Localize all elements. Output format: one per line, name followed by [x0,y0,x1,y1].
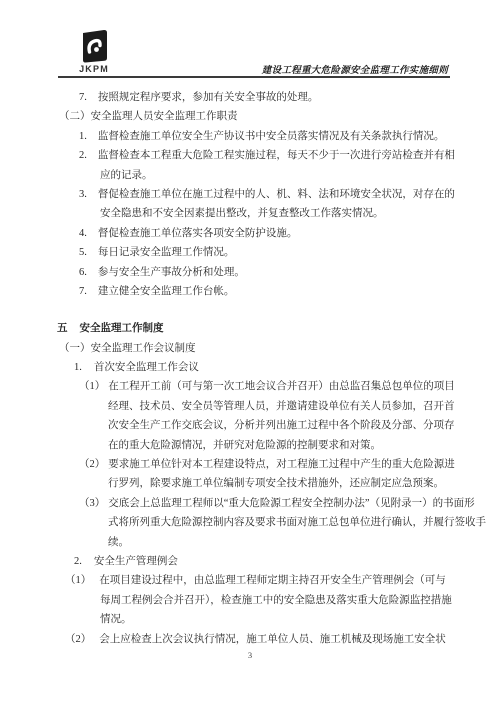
document-line: （3）交底会上总监理工程师以“重大危险源工程安全控制办法”（见附录一）的书面形 [0,494,500,513]
document-line: 续。 [0,533,500,552]
line-text: 安全监理工作制度 [80,323,164,334]
line-marker: 3. [79,185,87,204]
document-line: 次安全生产工作交底会议，分析并列出施工过程中各个阶段及分部、分项存 [0,416,500,435]
document-line: 3.督促检查施工单位在施工过程中的人、机、料、法和环境安全状况，对存在的 [0,185,500,204]
line-text: 续。 [108,537,129,548]
line-marker: （1） [65,571,91,590]
line-text: 首次安全监理工作会议 [94,362,199,373]
page-number: 3 [0,650,500,660]
document-line: 经理、技术员、安全员等管理人员，并邀请建设单位有关人员参加，召开首 [0,397,500,416]
line-text: 经理、技术员、安全员等管理人员，并邀请建设单位有关人员参加，召开首 [108,401,455,412]
line-marker: 2. [74,552,82,571]
line-marker: （2） [65,630,91,649]
line-text: 会上应检查上次会议执行情况，施工单位人员、施工机械及现场施工安全状 [99,634,446,645]
line-text: 督促检查施工单位在施工过程中的人、机、料、法和环境安全状况，对存在的 [98,189,455,200]
document-line: 情况。 [0,610,500,629]
line-text: 按照规定程序要求，参加有关安全事故的处理。 [98,92,319,103]
line-marker: 5. [79,243,87,262]
line-marker: 2. [79,146,87,165]
document-line: （1）在工程开工前（可与第一次工地会议合并召开）由总监召集总包单位的项目 [0,377,500,396]
line-text: 行罗列，除要求施工单位编制专项安全技术措施外，还应制定应急预案。 [108,478,444,489]
document-line: 2.安全生产管理例会 [0,552,500,571]
line-text: 督促检查施工单位落实各项安全防护设施。 [98,228,298,239]
company-logo: JKPM [74,29,114,74]
document-header-title: 建设工程重大危险源安全监理工作实施细则 [262,62,448,76]
document-line: 7.建立健全安全监理工作台帐。 [0,282,500,301]
line-marker: 7. [79,282,87,301]
document-line: 式将所列重大危险源控制内容及要求书面对施工总包单位进行确认，并履行签收手 [0,513,500,532]
line-text: 安全监理工作会议制度 [91,343,196,354]
line-marker: 4. [79,224,87,243]
line-text: 在的重大危险源情况，并研究对危险源的控制要求和对策。 [108,440,381,451]
line-marker: 6. [79,263,87,282]
document-page: JKPM 建设工程重大危险源安全监理工作实施细则 7.按照规定程序要求，参加有关… [0,0,500,706]
line-marker: 7. [79,88,87,107]
line-marker: （3） [79,494,105,513]
line-text: 式将所列重大危险源控制内容及要求书面对施工总包单位进行确认，并履行签收手 [108,517,486,528]
document-line: （1）在项目建设过程中，由总监理工程师定期主持召开安全生产管理例会（可与 [0,571,500,590]
line-marker: （一） [59,339,91,358]
line-marker: （2） [79,455,105,474]
document-line: 5.每日记录安全监理工作情况。 [0,243,500,262]
document-line: 1.监督检查施工单位安全生产协议书中安全员落实情况及有关条款执行情况。 [0,127,500,146]
jkpm-logo-icon [79,29,109,63]
line-text: 监督检查施工单位安全生产协议书中安全员落实情况及有关条款执行情况。 [98,131,445,142]
line-marker: 1. [74,358,82,377]
logo-text: JKPM [74,64,114,74]
line-text: 应的记录。 [100,170,153,181]
document-line: 五安全监理工作制度 [0,319,500,338]
line-marker: （二） [59,107,91,126]
document-line: 在的重大危险源情况，并研究对危险源的控制要求和对策。 [0,436,500,455]
document-line: 每周工程例会合并召开），检查施工中的安全隐患及落实重大危险源监控措施 [0,591,500,610]
document-line: 4.督促检查施工单位落实各项安全防护设施。 [0,224,500,243]
line-text: 要求施工单位针对本工程建设特点，对工程施工过程中产生的重大危险源进 [108,459,455,470]
line-text: 交底会上总监理工程师以“重大危险源工程安全控制办法”（见附录一）的书面形 [108,498,474,509]
document-line: 1.首次安全监理工作会议 [0,358,500,377]
line-text: 安全隐患和不安全因素提出整改，并复查整改工作落实情况。 [100,208,384,219]
document-line: 6.参与安全生产事故分析和处理。 [0,263,500,282]
line-text: 监督检查本工程重大危险工程实施过程，每天不少于一次进行旁站检查并有相 [98,150,455,161]
line-text: 在工程开工前（可与第一次工地会议合并召开）由总监召集总包单位的项目 [108,381,455,392]
header-divider [58,76,450,78]
document-body: 7.按照规定程序要求，参加有关安全事故的处理。 （二）安全监理人员安全监理工作职… [0,88,500,649]
line-marker: 1. [79,127,87,146]
line-marker: 五 [57,319,68,338]
document-line: （一）安全监理工作会议制度 [0,339,500,358]
line-text: 安全监理人员安全监理工作职责 [91,111,238,122]
line-text: 每周工程例会合并召开），检查施工中的安全隐患及落实重大危险源监控措施 [100,595,452,606]
document-line: 2.监督检查本工程重大危险工程实施过程，每天不少于一次进行旁站检查并有相 [0,146,500,165]
line-text: 情况。 [100,614,132,625]
document-line: 安全隐患和不安全因素提出整改，并复查整改工作落实情况。 [0,204,500,223]
line-text: 次安全生产工作交底会议，分析并列出施工过程中各个阶段及分部、分项存 [108,420,455,431]
document-line: （二）安全监理人员安全监理工作职责 [0,107,500,126]
document-line: 7.按照规定程序要求，参加有关安全事故的处理。 [0,88,500,107]
line-text: 每日记录安全监理工作情况。 [98,247,235,258]
line-text: 安全生产管理例会 [94,556,178,567]
line-text: 参与安全生产事故分析和处理。 [98,267,245,278]
document-line: 行罗列，除要求施工单位编制专项安全技术措施外，还应制定应急预案。 [0,474,500,493]
line-text: 建立健全安全监理工作台帐。 [98,286,235,297]
document-line: （2）会上应检查上次会议执行情况，施工单位人员、施工机械及现场施工安全状 [0,630,500,649]
line-marker: （1） [79,377,105,396]
document-line: 应的记录。 [0,166,500,185]
document-line: （2）要求施工单位针对本工程建设特点，对工程施工过程中产生的重大危险源进 [0,455,500,474]
line-text: 在项目建设过程中，由总监理工程师定期主持召开安全生产管理例会（可与 [99,575,446,586]
